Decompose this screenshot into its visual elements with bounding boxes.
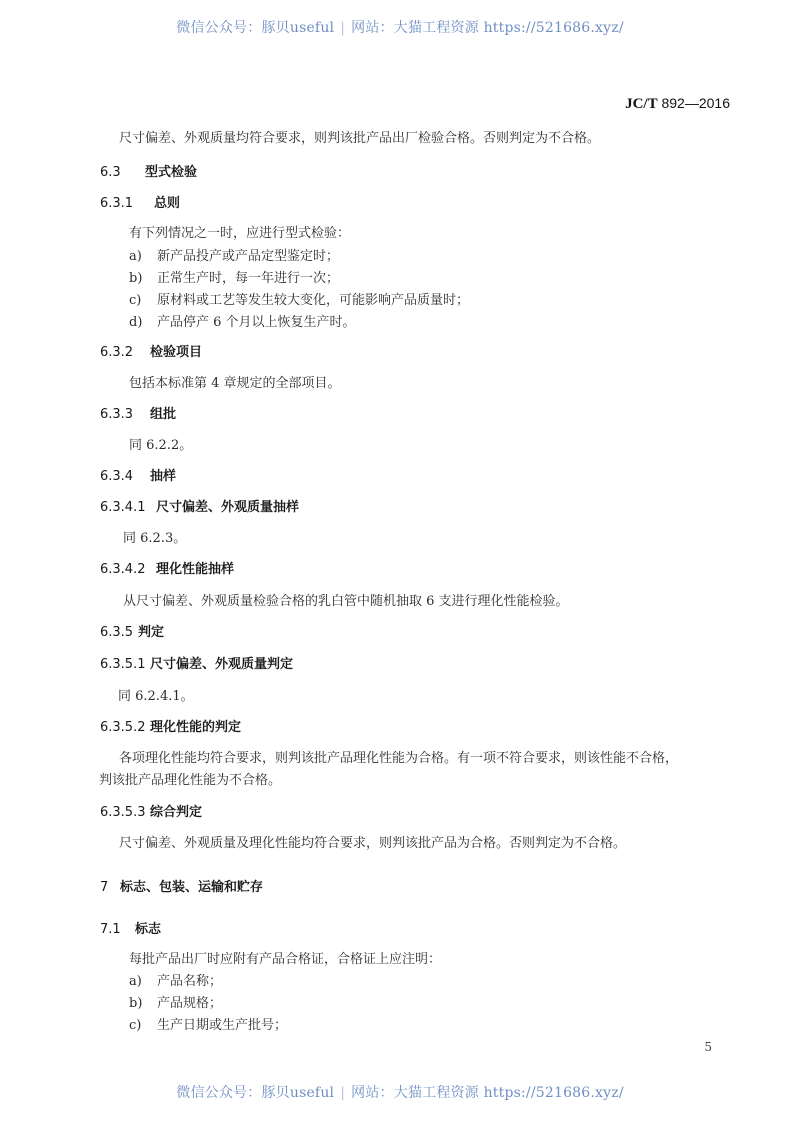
paragraph-6-3-5-2-line1: 各项理化性能均符合要求，则判该批产品理化性能为合格。有一项不符合要求，则该性能不…: [119, 747, 678, 766]
section-number: 6.3.4: [100, 469, 150, 484]
list-item-text: 正常生产时，每一年进行一次；: [157, 271, 339, 286]
list-item: c)生产日期或生产批号；: [129, 1014, 287, 1033]
section-number: 6.3.3: [100, 407, 150, 422]
list-marker: a): [129, 249, 157, 264]
section-heading-6-3-5: 6.3.5判定: [100, 621, 164, 640]
section-number: 6.3.5.3: [100, 805, 150, 820]
section-title: 综合判定: [150, 805, 202, 820]
section-title: 组批: [150, 407, 176, 422]
list-marker: b): [129, 996, 157, 1011]
section-title: 理化性能的判定: [150, 720, 241, 735]
watermark-wechat: 微信公众号：豚贝useful: [176, 20, 334, 36]
section-number: 6.3.5.1: [100, 657, 150, 672]
watermark-wechat: 微信公众号：豚贝useful: [176, 1085, 334, 1101]
standard-code: JC/T 892—2016: [625, 95, 730, 113]
section-heading-6-3-4-2: 6.3.4.2理化性能抽样: [100, 558, 234, 577]
section-title: 型式检验: [145, 165, 197, 180]
section-heading-7: 7标志、包装、运输和贮存: [100, 876, 263, 895]
list-marker: a): [129, 974, 157, 989]
section-title: 标志、包装、运输和贮存: [120, 880, 263, 895]
watermark-site: 网站：大猫工程资源 https://521686.xyz/: [351, 20, 624, 36]
watermark-separator: |: [340, 20, 345, 36]
section-number: 6.3.5: [100, 625, 138, 640]
list-item-text: 产品停产 6 个月以上恢复生产时。: [157, 315, 356, 330]
paragraph-6-3-5-1: 同 6.2.4.1。: [118, 685, 194, 704]
watermark-separator: |: [340, 1085, 345, 1101]
standard-code-prefix: JC/T: [625, 96, 658, 112]
standard-code-number: 892—2016: [658, 95, 730, 111]
section-title: 检验项目: [150, 345, 202, 360]
paragraph-6-3-2: 包括本标准第 4 章规定的全部项目。: [129, 372, 341, 391]
watermark-top: 微信公众号：豚贝useful|网站：大猫工程资源 https://521686.…: [0, 17, 800, 37]
section-number: 6.3.2: [100, 345, 150, 360]
list-marker: d): [129, 315, 157, 330]
list-item: b)产品规格；: [129, 992, 222, 1011]
section-heading-6-3-2: 6.3.2检验项目: [100, 341, 202, 360]
watermark-bottom: 微信公众号：豚贝useful|网站：大猫工程资源 https://521686.…: [0, 1082, 800, 1102]
list-item: a)新产品投产或产品定型鉴定时；: [129, 245, 339, 264]
section-heading-6-3-1: 6.3.1总则: [100, 192, 180, 211]
list-item: b)正常生产时，每一年进行一次；: [129, 267, 339, 286]
section-number: 7.1: [100, 922, 135, 937]
page-number: 5: [704, 1040, 712, 1054]
list-item-text: 生产日期或生产批号；: [157, 1018, 287, 1033]
section-title: 尺寸偏差、外观质量判定: [150, 657, 293, 672]
section-title: 标志: [135, 922, 161, 937]
section-heading-6-3: 6.3型式检验: [100, 161, 197, 180]
section-number: 6.3.5.2: [100, 720, 150, 735]
section-title: 判定: [138, 625, 164, 640]
list-item: a)产品名称；: [129, 970, 222, 989]
section-heading-7-1: 7.1标志: [100, 918, 161, 937]
section-heading-6-3-4: 6.3.4抽样: [100, 465, 176, 484]
section-heading-6-3-5-3: 6.3.5.3综合判定: [100, 801, 202, 820]
section-title: 抽样: [150, 469, 176, 484]
list-marker: c): [129, 293, 157, 308]
watermark-site: 网站：大猫工程资源 https://521686.xyz/: [351, 1085, 624, 1101]
paragraph-6-3-5-3: 尺寸偏差、外观质量及理化性能均符合要求，则判该批产品为合格。否则判定为不合格。: [119, 832, 626, 851]
list-item-text: 原材料或工艺等发生较大变化，可能影响产品质量时；: [157, 293, 469, 308]
section-heading-6-3-5-1: 6.3.5.1尺寸偏差、外观质量判定: [100, 653, 293, 672]
section-title: 尺寸偏差、外观质量抽样: [156, 500, 299, 515]
section-number: 7: [100, 880, 120, 895]
list-marker: c): [129, 1018, 157, 1033]
section-title: 总则: [154, 196, 180, 211]
paragraph-6-3-3: 同 6.2.2。: [129, 434, 192, 453]
list-marker: b): [129, 271, 157, 286]
section-number: 6.3.1: [100, 196, 154, 211]
paragraph-6-3-5-2-line2: 判该批产品理化性能为不合格。: [99, 769, 281, 788]
section-heading-6-3-4-1: 6.3.4.1尺寸偏差、外观质量抽样: [100, 496, 299, 515]
intro-paragraph: 尺寸偏差、外观质量均符合要求，则判该批产品出厂检验合格。否则判定为不合格。: [119, 127, 600, 146]
section-number: 6.3: [100, 165, 145, 180]
section-number: 6.3.4.1: [100, 500, 156, 515]
paragraph-6-3-1-intro: 有下列情况之一时，应进行型式检验：: [129, 222, 350, 241]
section-number: 6.3.4.2: [100, 562, 156, 577]
list-item: c)原材料或工艺等发生较大变化，可能影响产品质量时；: [129, 289, 469, 308]
list-item: d)产品停产 6 个月以上恢复生产时。: [129, 311, 356, 330]
section-title: 理化性能抽样: [156, 562, 234, 577]
section-heading-6-3-3: 6.3.3组批: [100, 403, 176, 422]
paragraph-6-3-4-1: 同 6.2.3。: [123, 527, 186, 546]
list-item-text: 产品规格；: [157, 996, 222, 1011]
list-item-text: 产品名称；: [157, 974, 222, 989]
paragraph-6-3-4-2: 从尺寸偏差、外观质量检验合格的乳白管中随机抽取 6 支进行理化性能检验。: [123, 590, 569, 609]
paragraph-7-1-intro: 每批产品出厂时应附有产品合格证，合格证上应注明：: [129, 948, 441, 967]
list-item-text: 新产品投产或产品定型鉴定时；: [157, 249, 339, 264]
section-heading-6-3-5-2: 6.3.5.2理化性能的判定: [100, 716, 241, 735]
